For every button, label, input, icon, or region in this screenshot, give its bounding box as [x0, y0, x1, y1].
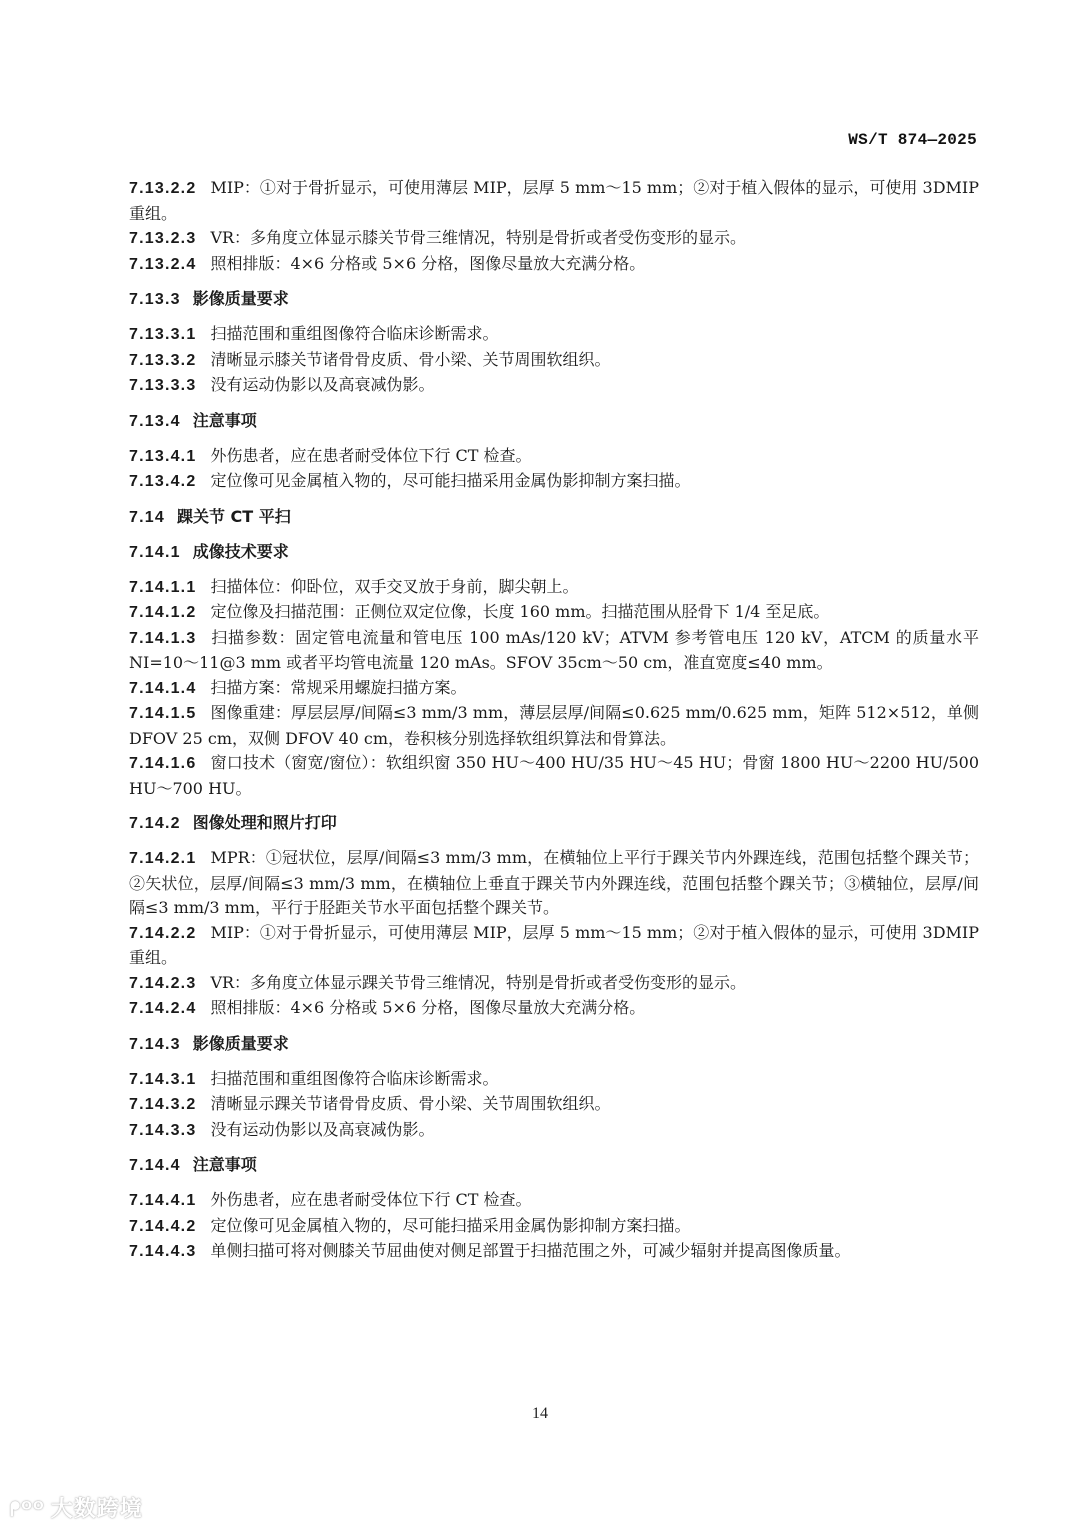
clause-number: 7.14.2.3	[129, 972, 196, 997]
clause-text: 定位像及扫描范围：正侧位双定位像，长度 160 mm。扫描范围从胫骨下 1/4 …	[210, 602, 829, 621]
clause-text: 扫描体位：仰卧位，双手交叉放于身前，脚尖朝上。	[210, 577, 578, 596]
watermark: ᖰᴼᴼ大数跨境	[10, 1492, 143, 1523]
clause-number: 7.14.1.5	[129, 702, 196, 727]
clause-number: 7.13.3.1	[129, 323, 196, 348]
clause-number: 7.14.4	[129, 1154, 181, 1178]
document-body: 7.13.2.2MIP：①对于骨折显示，可使用薄层 MIP，层厚 5 mm～15…	[129, 176, 979, 1265]
heading-title: 影像质量要求	[193, 1034, 289, 1053]
clause-text: 清晰显示膝关节诸骨骨皮质、骨小梁、关节周围软组织。	[210, 350, 610, 369]
clause-number: 7.14.2.1	[129, 847, 196, 872]
clause-text: MPR：①冠状位，层厚/间隔≤3 mm/3 mm，在横轴位上平行于踝关节内外踝连…	[129, 848, 979, 917]
clause-number: 7.14	[129, 506, 165, 530]
heading-title: 影像质量要求	[193, 289, 289, 308]
heading-title: 注意事项	[193, 1155, 257, 1174]
clause-text: MIP：①对于骨折显示，可使用薄层 MIP，层厚 5 mm～15 mm；②对于植…	[129, 178, 979, 223]
clause-text: MIP：①对于骨折显示，可使用薄层 MIP，层厚 5 mm～15 mm；②对于植…	[129, 923, 979, 968]
clause-text: 定位像可见金属植入物的，尽可能扫描采用金属伪影抑制方案扫描。	[210, 1216, 690, 1235]
clause-text: 扫描参数：固定管电流量和管电压 100 mAs/120 kV；ATVM 参考管电…	[129, 628, 979, 673]
clause-paragraph: 7.14.4.1外伤患者，应在患者耐受体位下行 CT 检查。	[129, 1188, 979, 1214]
clause-paragraph: 7.14.3.2清晰显示踝关节诸骨骨皮质、骨小梁、关节周围软组织。	[129, 1092, 979, 1118]
clause-number: 7.14.3.2	[129, 1093, 196, 1118]
clause-number: 7.13.2.2	[129, 177, 196, 202]
clause-paragraph: 7.13.3.2清晰显示膝关节诸骨骨皮质、骨小梁、关节周围软组织。	[129, 348, 979, 374]
standard-code: WS/T 874—2025	[848, 131, 977, 149]
clause-number: 7.14.1.2	[129, 601, 196, 626]
clause-paragraph: 7.14.4.2定位像可见金属植入物的，尽可能扫描采用金属伪影抑制方案扫描。	[129, 1214, 979, 1240]
section-heading: 7.14.4注意事项	[129, 1153, 979, 1178]
clause-paragraph: 7.14.1.2定位像及扫描范围：正侧位双定位像，长度 160 mm。扫描范围从…	[129, 600, 979, 626]
clause-number: 7.13.2.4	[129, 253, 196, 278]
clause-number: 7.14.4.2	[129, 1215, 196, 1240]
clause-paragraph: 7.14.2.2MIP：①对于骨折显示，可使用薄层 MIP，层厚 5 mm～15…	[129, 921, 979, 971]
clause-number: 7.13.2.3	[129, 227, 196, 252]
clause-paragraph: 7.13.2.3VR：多角度立体显示膝关节骨三维情况，特别是骨折或者受伤变形的显…	[129, 226, 979, 252]
section-heading: 7.13.4注意事项	[129, 409, 979, 434]
clause-paragraph: 7.14.2.1MPR：①冠状位，层厚/间隔≤3 mm/3 mm，在横轴位上平行…	[129, 846, 979, 921]
clause-text: 图像重建：厚层层厚/间隔≤3 mm/3 mm，薄层层厚/间隔≤0.625 mm/…	[129, 703, 979, 748]
clause-text: 没有运动伪影以及高衰减伪影。	[210, 1120, 434, 1139]
section-heading: 7.14.2图像处理和照片打印	[129, 811, 979, 836]
watermark-text: 大数跨境	[51, 1497, 143, 1522]
clause-number: 7.14.1	[129, 541, 181, 565]
clause-paragraph: 7.13.3.1扫描范围和重组图像符合临床诊断需求。	[129, 322, 979, 348]
clause-number: 7.14.3	[129, 1033, 181, 1057]
clause-paragraph: 7.13.3.3没有运动伪影以及高衰减伪影。	[129, 373, 979, 399]
clause-paragraph: 7.14.1.1扫描体位：仰卧位，双手交叉放于身前，脚尖朝上。	[129, 575, 979, 601]
heading-title: 成像技术要求	[193, 542, 289, 561]
clause-paragraph: 7.14.2.4照相排版：4×6 分格或 5×6 分格，图像尽量放大充满分格。	[129, 996, 979, 1022]
clause-paragraph: 7.14.4.3单侧扫描可将对侧膝关节屈曲使对侧足部置于扫描范围之外，可减少辐射…	[129, 1239, 979, 1265]
clause-text: 定位像可见金属植入物的，尽可能扫描采用金属伪影抑制方案扫描。	[210, 471, 690, 490]
clause-text: VR：多角度立体显示踝关节骨三维情况，特别是骨折或者受伤变形的显示。	[210, 973, 746, 992]
clause-paragraph: 7.14.2.3VR：多角度立体显示踝关节骨三维情况，特别是骨折或者受伤变形的显…	[129, 971, 979, 997]
clause-text: 外伤患者，应在患者耐受体位下行 CT 检查。	[210, 446, 531, 465]
clause-text: 窗口技术（窗宽/窗位）：软组织窗 350 HU～400 HU/35 HU～45 …	[129, 753, 979, 798]
clause-text: 照相排版：4×6 分格或 5×6 分格，图像尽量放大充满分格。	[210, 998, 645, 1017]
clause-number: 7.14.3.1	[129, 1068, 196, 1093]
clause-number: 7.13.3	[129, 288, 181, 312]
clause-text: 单侧扫描可将对侧膝关节屈曲使对侧足部置于扫描范围之外，可减少辐射并提高图像质量。	[210, 1241, 850, 1260]
clause-number: 7.14.2	[129, 812, 181, 836]
clause-paragraph: 7.14.3.3没有运动伪影以及高衰减伪影。	[129, 1118, 979, 1144]
clause-paragraph: 7.13.4.1外伤患者，应在患者耐受体位下行 CT 检查。	[129, 444, 979, 470]
clause-text: VR：多角度立体显示膝关节骨三维情况，特别是骨折或者受伤变形的显示。	[210, 228, 746, 247]
section-heading: 7.14.3影像质量要求	[129, 1032, 979, 1057]
clause-number: 7.14.3.3	[129, 1119, 196, 1144]
clause-paragraph: 7.14.1.3扫描参数：固定管电流量和管电压 100 mAs/120 kV；A…	[129, 626, 979, 676]
clause-number: 7.13.4.2	[129, 470, 196, 495]
clause-number: 7.14.1.6	[129, 752, 196, 777]
clause-text: 照相排版：4×6 分格或 5×6 分格，图像尽量放大充满分格。	[210, 254, 645, 273]
clause-number: 7.14.1.4	[129, 677, 196, 702]
heading-title: 踝关节 CT 平扫	[177, 507, 291, 526]
clause-text: 扫描范围和重组图像符合临床诊断需求。	[210, 1069, 498, 1088]
clause-text: 外伤患者，应在患者耐受体位下行 CT 检查。	[210, 1190, 531, 1209]
heading-title: 注意事项	[193, 411, 257, 430]
brand-logo-icon: ᖰᴼᴼ	[10, 1497, 45, 1521]
clause-text: 扫描范围和重组图像符合临床诊断需求。	[210, 324, 498, 343]
clause-number: 7.14.4.1	[129, 1189, 196, 1214]
section-heading: 7.14踝关节 CT 平扫	[129, 505, 979, 530]
clause-paragraph: 7.13.2.4照相排版：4×6 分格或 5×6 分格，图像尽量放大充满分格。	[129, 252, 979, 278]
clause-number: 7.14.2.4	[129, 997, 196, 1022]
clause-paragraph: 7.14.3.1扫描范围和重组图像符合临床诊断需求。	[129, 1067, 979, 1093]
clause-number: 7.14.2.2	[129, 922, 196, 947]
clause-paragraph: 7.13.4.2定位像可见金属植入物的，尽可能扫描采用金属伪影抑制方案扫描。	[129, 469, 979, 495]
page-number: 14	[0, 1405, 1080, 1423]
clause-paragraph: 7.14.1.4扫描方案：常规采用螺旋扫描方案。	[129, 676, 979, 702]
heading-title: 图像处理和照片打印	[193, 813, 337, 832]
clause-paragraph: 7.14.1.5图像重建：厚层层厚/间隔≤3 mm/3 mm，薄层层厚/间隔≤0…	[129, 701, 979, 751]
clause-number: 7.13.4	[129, 410, 181, 434]
clause-number: 7.13.3.2	[129, 349, 196, 374]
clause-number: 7.13.4.1	[129, 445, 196, 470]
clause-text: 没有运动伪影以及高衰减伪影。	[210, 375, 434, 394]
clause-number: 7.13.3.3	[129, 374, 196, 399]
clause-paragraph: 7.13.2.2MIP：①对于骨折显示，可使用薄层 MIP，层厚 5 mm～15…	[129, 176, 979, 226]
clause-number: 7.14.4.3	[129, 1240, 196, 1265]
section-heading: 7.14.1成像技术要求	[129, 540, 979, 565]
section-heading: 7.13.3影像质量要求	[129, 287, 979, 312]
clause-text: 扫描方案：常规采用螺旋扫描方案。	[210, 678, 466, 697]
clause-paragraph: 7.14.1.6窗口技术（窗宽/窗位）：软组织窗 350 HU～400 HU/3…	[129, 751, 979, 801]
clause-text: 清晰显示踝关节诸骨骨皮质、骨小梁、关节周围软组织。	[210, 1094, 610, 1113]
clause-number: 7.14.1.1	[129, 576, 196, 601]
clause-number: 7.14.1.3	[129, 627, 196, 652]
